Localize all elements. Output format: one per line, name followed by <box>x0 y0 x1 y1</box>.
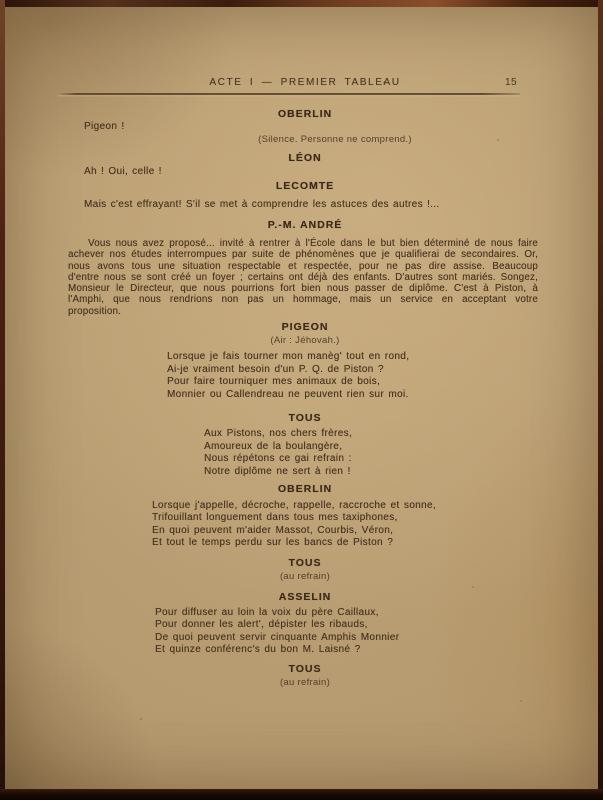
speaker-tous-1: TOUS <box>70 412 540 424</box>
verse-pigeon: Lorsque je fais tourner mon manèg' tout … <box>167 351 409 401</box>
speaker-lecomte: LECOMTE <box>70 180 540 192</box>
header-rule <box>58 93 520 95</box>
running-header: ACTE I — PREMIER TABLEAU <box>70 77 540 88</box>
dialogue-line: Ah ! Oui, celle ! <box>84 166 162 177</box>
verse-line: Monnier ou Callendreau ne peuvent rien s… <box>167 389 409 402</box>
page-number: 15 <box>500 77 522 88</box>
verse-line: En quoi peuvent m'aider Massot, Courbis,… <box>152 525 436 537</box>
verse-line: Aux Pistons, nos chers frères, <box>204 428 352 441</box>
verse-line: Pour faire tourniquer mes animaux de boi… <box>167 376 409 389</box>
stage-direction: (Silence. Personne ne comprend.) <box>100 134 570 145</box>
speaker-asselin: ASSELIN <box>70 591 540 603</box>
verse-line: Et tout le temps perdu sur les bancs de … <box>152 537 436 549</box>
verse-line: Amoureux de la boulangère, <box>204 441 352 454</box>
refrain-note: (au refrain) <box>70 571 540 582</box>
verse-line: Ai-je vraiment besoin d'un P. Q. de Pist… <box>167 364 409 377</box>
verse-line: Pour donner les alert', dépister les rib… <box>155 619 399 631</box>
verse-line: Trifouillant longuement dans tous mes ta… <box>152 512 436 524</box>
page-content: ACTE I — PREMIER TABLEAU * 15 OBERLIN Pi… <box>0 0 603 800</box>
speaker-tous-2: TOUS <box>70 557 540 569</box>
stage-direction-air: (Air : Jéhovah.) <box>70 335 540 346</box>
verse-line: De quoi peuvent servir cinquante Amphis … <box>155 632 399 644</box>
verse-oberlin: Lorsque j'appelle, décroche, rappelle, r… <box>152 500 436 550</box>
speaker-oberlin: OBERLIN <box>70 108 540 120</box>
header-ornament: * <box>383 81 386 88</box>
dialogue-paragraph: Vous nous avez proposé... invité à rentr… <box>68 238 538 317</box>
speaker-pigeon: PIGEON <box>70 321 540 333</box>
dialogue-line: Mais c'est effrayant! S'il se met à comp… <box>84 199 440 210</box>
verse-line: Et quinze conférenc's du bon M. Laisné ? <box>155 644 399 656</box>
speaker-tous-3: TOUS <box>70 663 540 675</box>
dialogue-line: Pigeon ! <box>84 121 125 132</box>
speaker-andre: P.-M. ANDRÉ <box>70 219 540 231</box>
verse-line: Pour diffuser au loin la voix du père Ca… <box>155 607 399 619</box>
verse-tous: Aux Pistons, nos chers frères, Amoureux … <box>204 428 352 478</box>
verse-line: Notre diplôme ne sert à rien ! <box>204 466 352 479</box>
book-page-photo: ACTE I — PREMIER TABLEAU * 15 OBERLIN Pi… <box>0 0 603 800</box>
verse-line: Nous répétons ce gai refrain : <box>204 453 352 466</box>
verse-line: Lorsque je fais tourner mon manèg' tout … <box>167 351 409 364</box>
verse-line: Lorsque j'appelle, décroche, rappelle, r… <box>152 500 436 512</box>
refrain-note-2: (au refrain) <box>70 677 540 688</box>
speaker-leon: LÉON <box>70 152 540 164</box>
speaker-oberlin-2: OBERLIN <box>70 483 540 495</box>
verse-asselin: Pour diffuser au loin la voix du père Ca… <box>155 607 399 657</box>
